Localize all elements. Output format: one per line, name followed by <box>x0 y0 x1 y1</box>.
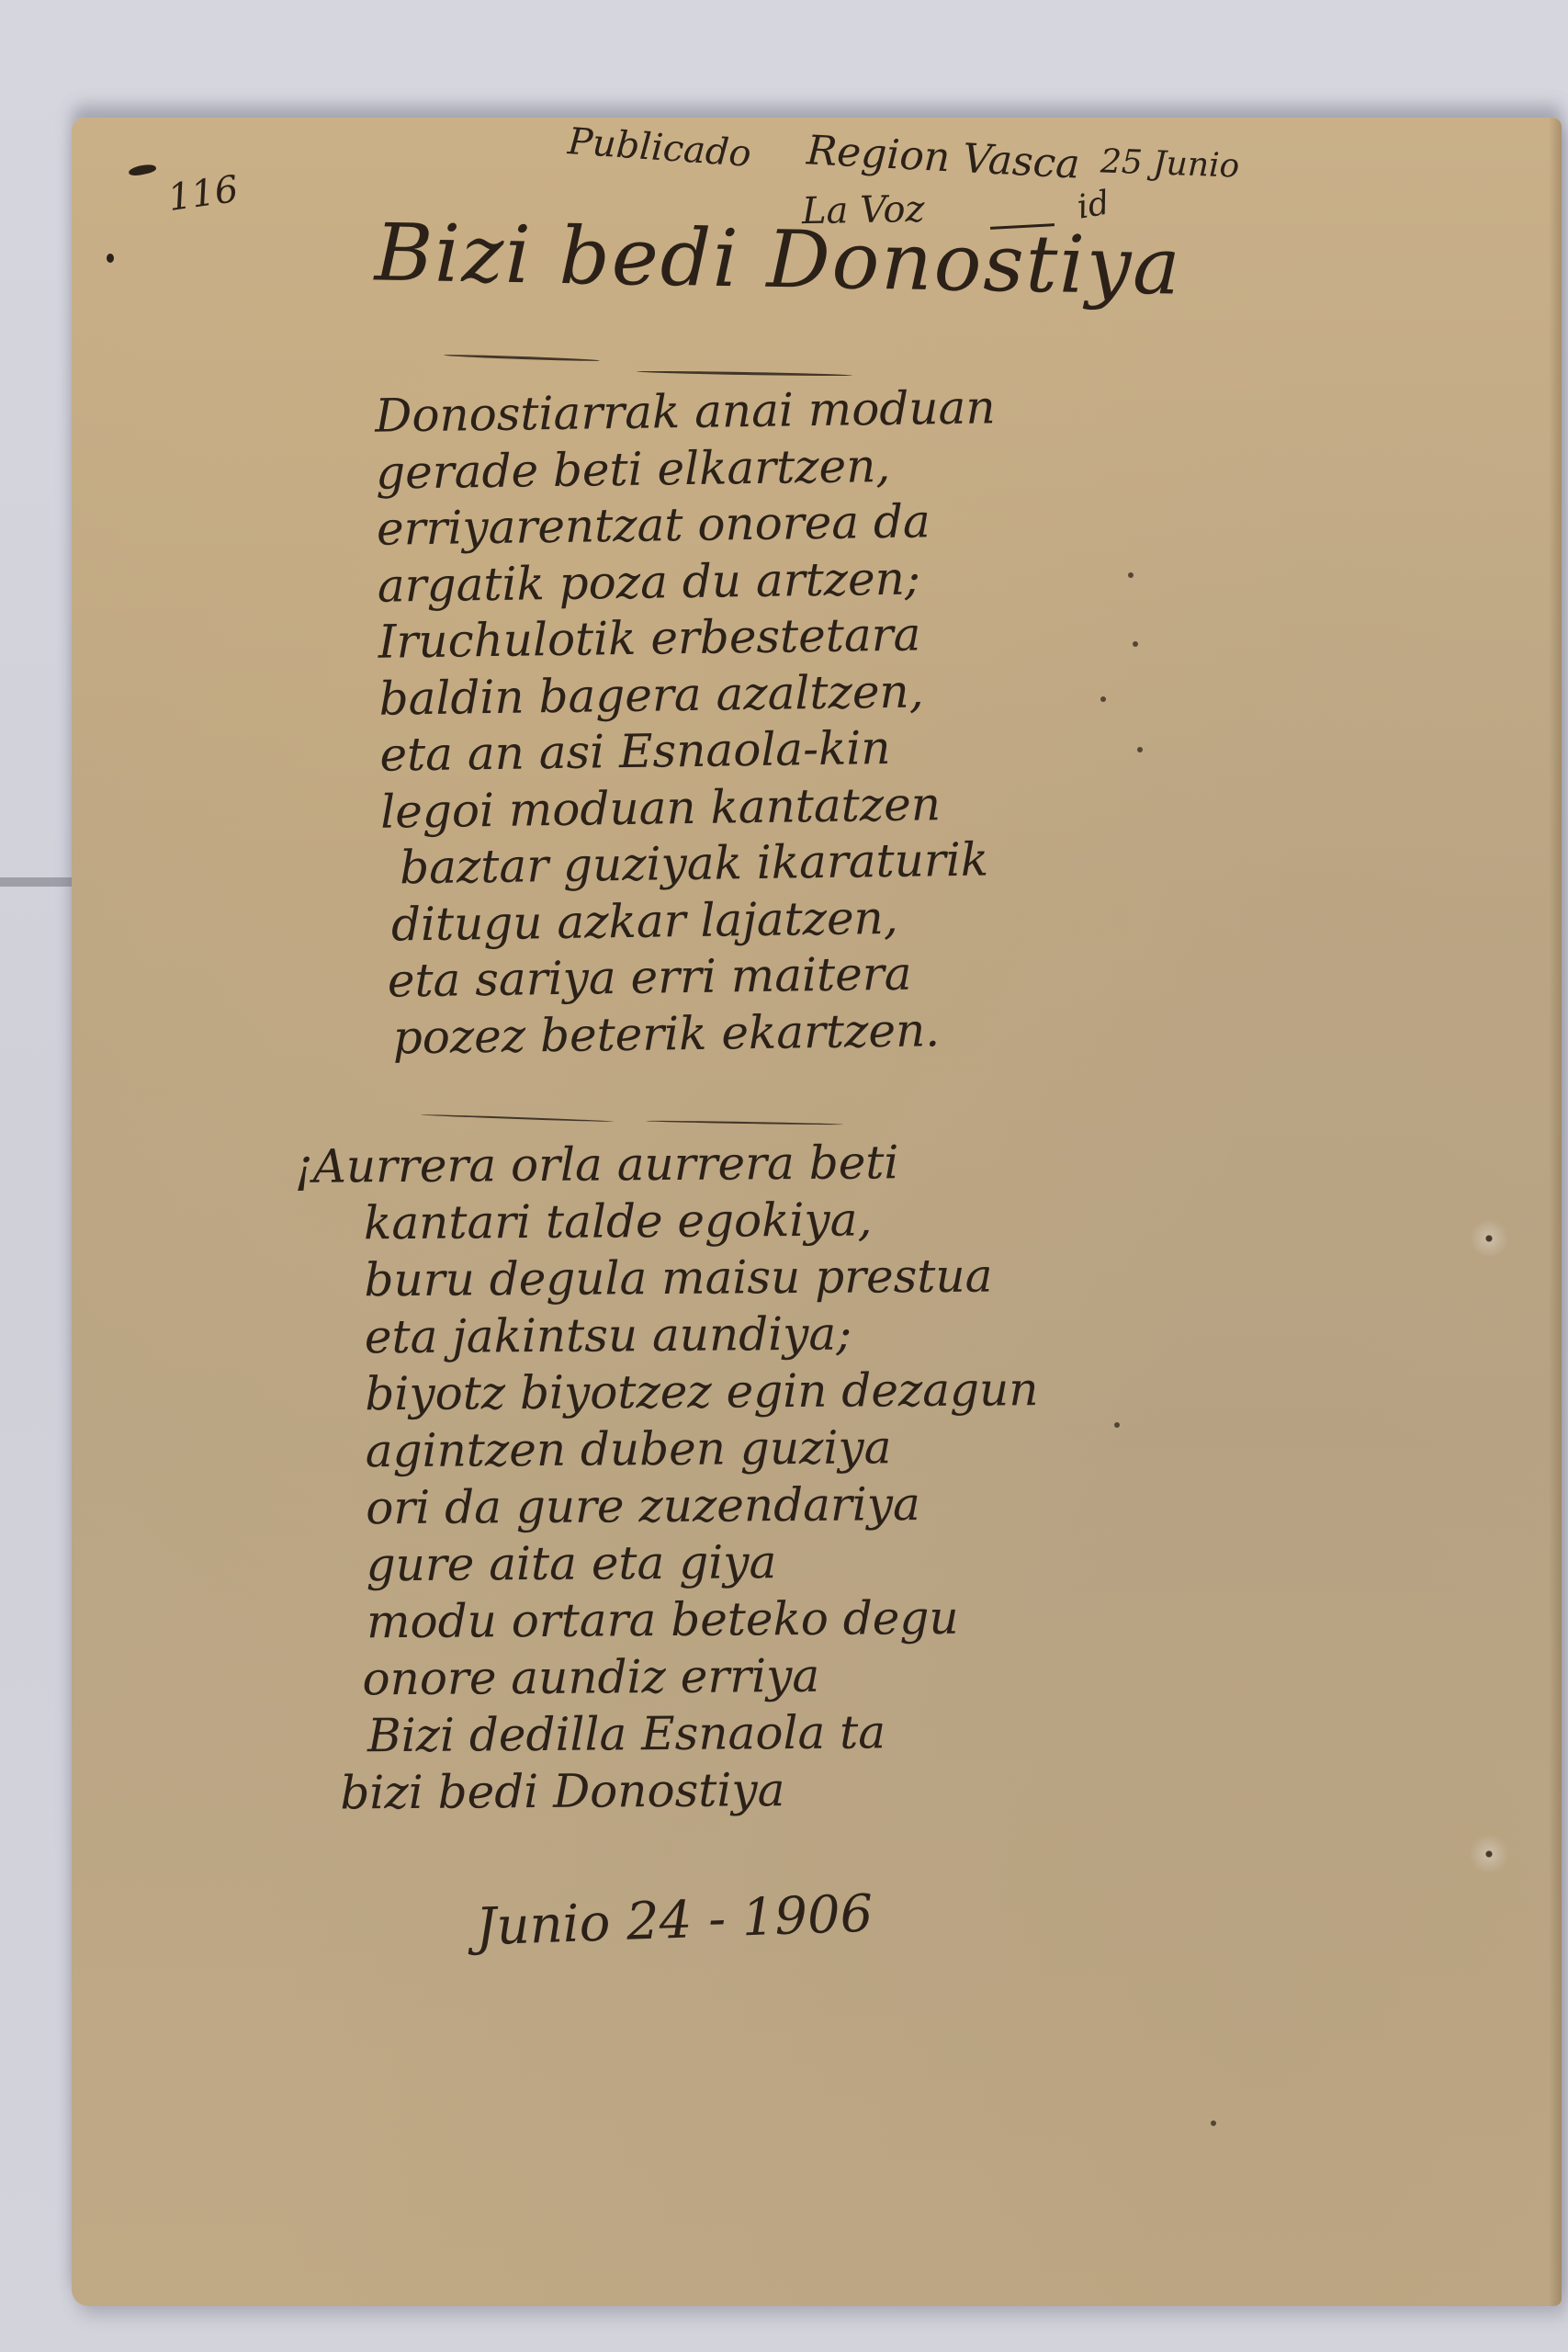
ink-speck <box>1128 572 1134 578</box>
publication-date-region-vasca: 25 Junio <box>1100 142 1240 185</box>
verse-line: ori da gure zuzendariya <box>297 1475 1040 1537</box>
ink-blot <box>128 163 156 177</box>
verse-line: ¡Aurrera orla aurrera beti <box>294 1133 1037 1195</box>
verse-line: kantari talde egokiya, <box>295 1190 1038 1252</box>
verse-line: bizi bedi Donostiya <box>299 1759 1042 1822</box>
verse-line: baztar guziyak ikaraturik <box>381 831 1002 897</box>
stanza-1: Donostiarrak anai moduan gerade beti elk… <box>375 379 1005 1066</box>
verse-line: modu ortara beteko degu <box>298 1589 1041 1651</box>
verse-line: agintzen duben guziya <box>297 1418 1040 1480</box>
verse-line: gure aita eta giya <box>297 1532 1040 1594</box>
ink-spot <box>107 254 114 263</box>
verse-line: eta sariya erri maitera <box>382 944 1003 1010</box>
pin-hole-mark <box>1468 1220 1510 1257</box>
verse-line: baldin bagera azaltzen, <box>378 662 999 728</box>
verse-line: Donostiarrak anai moduan <box>375 379 996 445</box>
pin-hole-mark <box>1468 1836 1510 1872</box>
title-flourish-left <box>444 354 600 362</box>
stanza-2-flourish-left <box>421 1114 614 1122</box>
verse-line: onore aundiz erriya <box>298 1645 1041 1708</box>
verse-line: ditugu azkar lajatzen, <box>382 888 1003 954</box>
verse-line: Iruchulotik erbestetara <box>378 605 998 671</box>
ink-speck <box>1137 747 1143 752</box>
published-label: Publicado <box>567 120 753 175</box>
verse-line: argatik poza du artzen; <box>377 549 998 615</box>
publication-outlet-region-vasca: Region Vasca <box>806 127 1081 188</box>
page-number: 116 <box>165 168 241 220</box>
verse-line: eta an asi Esnaola-kin <box>379 718 1000 784</box>
ink-speck <box>1114 1422 1120 1428</box>
ink-speck <box>1133 641 1138 647</box>
stanza-2: ¡Aurrera orla aurrera beti kantari talde… <box>294 1133 1041 1822</box>
manuscript-date: Junio 24 - 1906 <box>475 1883 874 1957</box>
verse-line: legoi moduan kantatzen <box>380 775 1001 841</box>
verse-line: pozez beterik ekartzen. <box>383 1001 1004 1067</box>
manuscript-page: 116 Publicado Region Vasca 25 Junio La V… <box>72 118 1562 2306</box>
ink-speck <box>1100 696 1106 702</box>
verse-line: buru degula maisu prestua <box>295 1247 1038 1309</box>
verse-line: biyotz biyotzez egin dezagun <box>296 1361 1039 1423</box>
verse-line: Bizi dedilla Esnaola ta <box>299 1702 1042 1765</box>
verse-line: gerade beti elkartzen, <box>376 436 997 502</box>
title-flourish-right <box>637 370 852 377</box>
poem-title: Bizi bedi Donostiya <box>374 207 1182 312</box>
verse-line: eta jakintsu aundiya; <box>296 1304 1039 1366</box>
verse-line: erriyarentzat onorea da <box>377 492 998 558</box>
stanza-2-flourish-right <box>646 1120 843 1125</box>
ink-speck <box>1211 2120 1216 2126</box>
background-shadow-line <box>0 877 73 887</box>
